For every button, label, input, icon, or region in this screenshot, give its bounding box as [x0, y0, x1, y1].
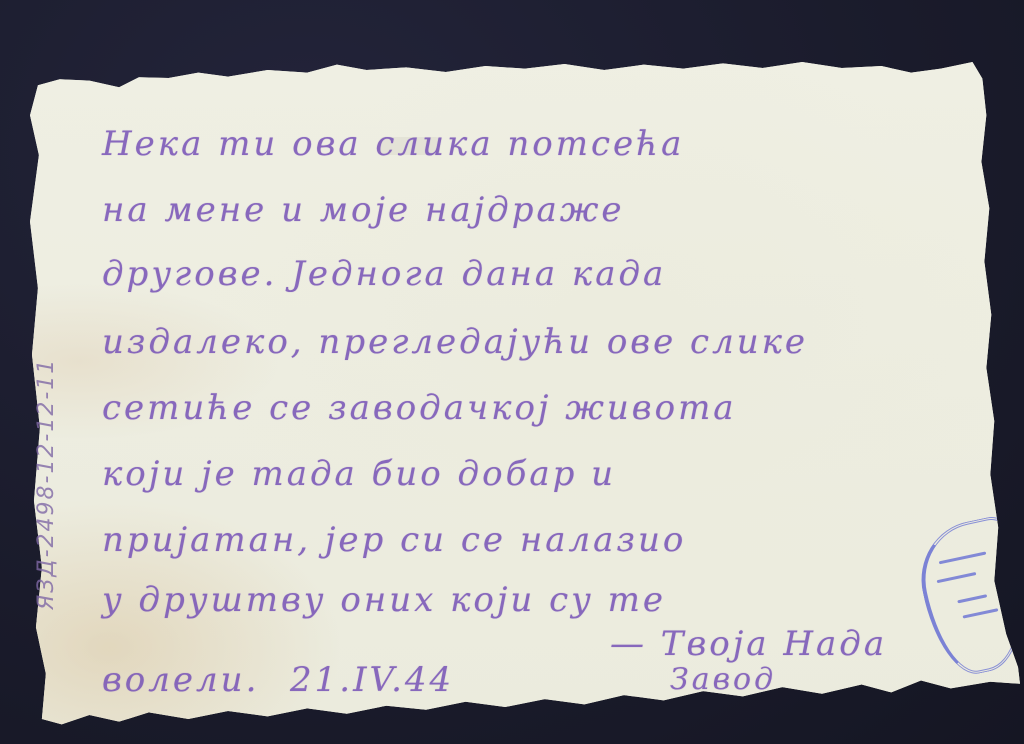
stamp-mark: [957, 594, 987, 603]
date: 21.IV.44: [290, 660, 454, 700]
stamp-mark: [939, 551, 987, 564]
signature: — Твоја Нада: [610, 624, 887, 664]
message-line-3: другове. Једнога дана када: [102, 254, 666, 294]
message-line-8: у друштву оних који су те: [102, 580, 666, 620]
place-note: Завод: [670, 662, 776, 697]
message-line-7: пријатан, јер си се налазио: [102, 520, 686, 560]
margin-vertical-note: ЯЗД-2498-12-12-11: [34, 358, 59, 610]
photo-back-card: Нека ти ова слика потсећа на мене и моје…: [30, 62, 1020, 727]
message-line-1: Нека ти ова слика потсећа: [102, 124, 684, 164]
message-line-9: волели.: [102, 660, 259, 700]
message-line-6: који је тада био добар и: [102, 454, 616, 494]
stamp-mark: [937, 572, 977, 583]
message-line-4: издалеко, прегледајући ове слике: [102, 322, 808, 362]
stamp-mark: [963, 608, 999, 618]
message-line-2: на мене и моје најдраже: [102, 190, 625, 230]
message-line-5: сетиће се заводачкој живота: [102, 388, 737, 428]
